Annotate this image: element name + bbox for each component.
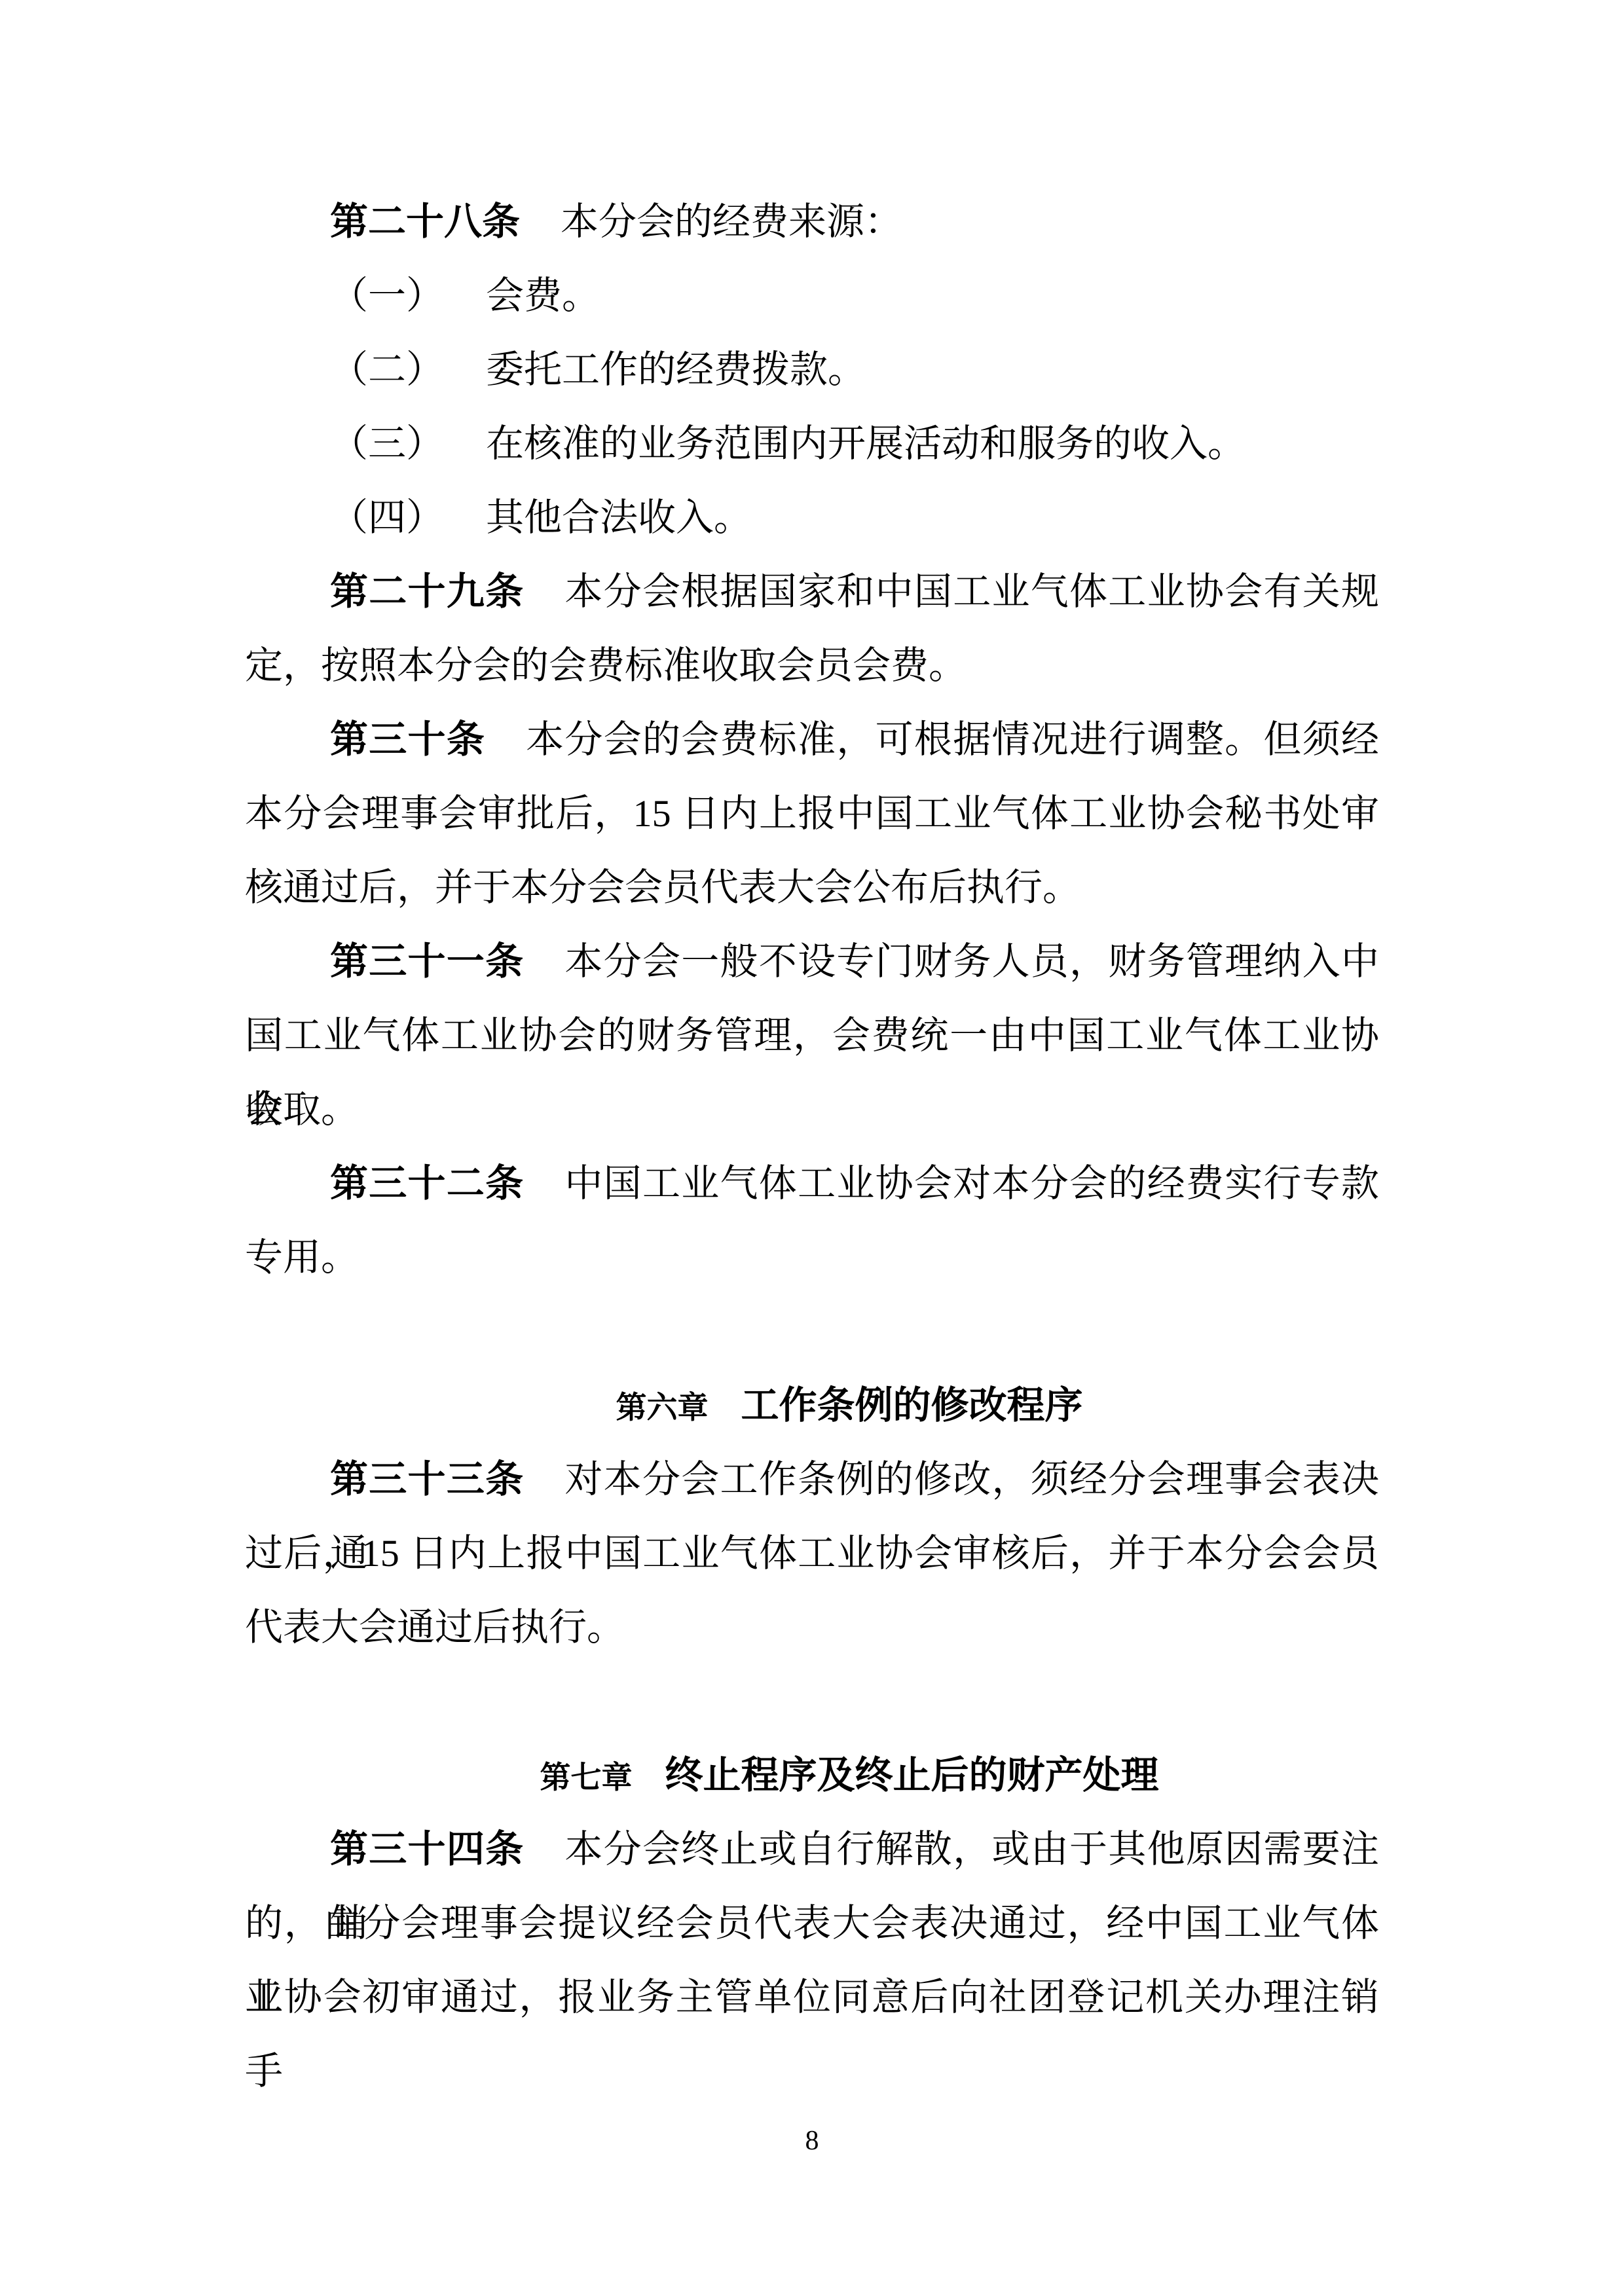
doc-line: 第三十四条本分会终止或自行解散，或由于其他原因需要注销 — [245, 1812, 1379, 1886]
doc-line: 定，按照本分会的会费标准收取会员会费。 — [245, 629, 1379, 702]
line-text: 本分会理事会审批后，15 日内上报中国工业气体工业协会秘书处审 — [245, 792, 1379, 835]
line-text: 会费。 — [486, 274, 600, 317]
line-text: 本分会的经费来源： — [561, 200, 902, 243]
page-number: 8 — [0, 2121, 1624, 2160]
article-number: 第二十九条 — [330, 570, 524, 613]
line-text: 中国工业气体工业协会对本分会的经费实行专款 — [564, 1162, 1379, 1205]
chapter-title: 工作条例的修改程序 — [741, 1384, 1082, 1427]
chapter-title: 终止程序及终止后的财产处理 — [665, 1754, 1158, 1796]
blank-line — [245, 1294, 1379, 1368]
blank-line — [245, 1664, 1379, 1738]
line-text: 核通过后，并于本分会会员代表大会公布后执行。 — [245, 866, 1080, 909]
doc-line: 专用。 — [245, 1220, 1379, 1294]
chapter-heading: 第七章终止程序及终止后的财产处理 — [245, 1738, 1379, 1812]
article-number: 第三十一条 — [330, 940, 524, 983]
article-number: 第二十八条 — [330, 200, 520, 243]
chapter-number: 第六章 — [616, 1391, 708, 1425]
line-text: 业协会初审通过，报业务主管单位同意后向社团登记机关办理注销手 — [245, 1976, 1379, 2092]
doc-line: 第三十一条本分会一般不设专门财务人员，财务管理纳入中 — [245, 924, 1379, 998]
item-number: （四） — [330, 496, 444, 539]
line-text: 专用。 — [245, 1236, 359, 1279]
line-text: 本分会一般不设专门财务人员，财务管理纳入中 — [564, 940, 1379, 983]
line-text: 过后，15 日内上报中国工业气体工业协会审核后，并于本分会会员 — [245, 1532, 1379, 1575]
doc-line: 的，由分会理事会提议经会员代表大会表决通过，经中国工业气体工 — [245, 1886, 1379, 1960]
line-text: 在核准的业务范围内开展活动和服务的收入。 — [486, 422, 1246, 465]
doc-line: 收取。 — [245, 1072, 1379, 1146]
doc-line: 第三十三条对本分会工作条例的修改，须经分会理事会表决通 — [245, 1442, 1379, 1516]
doc-line: 第三十条本分会的会费标准，可根据情况进行调整。但须经 — [245, 702, 1379, 776]
doc-line: 过后，15 日内上报中国工业气体工业协会审核后，并于本分会会员 — [245, 1516, 1379, 1590]
article-number: 第三十条 — [330, 718, 485, 761]
doc-line: 业协会初审通过，报业务主管单位同意后向社团登记机关办理注销手 — [245, 1960, 1379, 2034]
doc-line: 第三十二条中国工业气体工业协会对本分会的经费实行专款 — [245, 1146, 1379, 1220]
doc-line: （四）其他合法收入。 — [245, 481, 1379, 555]
item-number: （一） — [330, 274, 444, 317]
line-text: 本分会的会费标准，可根据情况进行调整。但须经 — [526, 718, 1379, 761]
doc-line: 本分会理事会审批后，15 日内上报中国工业气体工业协会秘书处审 — [245, 776, 1379, 850]
doc-line: 国工业气体工业协会的财务管理，会费统一由中国工业气体工业协会 — [245, 998, 1379, 1072]
article-number: 第三十三条 — [330, 1458, 524, 1501]
article-number: 第三十二条 — [330, 1162, 524, 1205]
item-number: （二） — [330, 348, 444, 391]
article-number: 第三十四条 — [330, 1828, 524, 1870]
line-text: 收取。 — [245, 1088, 359, 1131]
chapter-number: 第七章 — [540, 1761, 632, 1795]
doc-line: 第二十九条本分会根据国家和中国工业气体工业协会有关规 — [245, 555, 1379, 629]
doc-line: 核通过后，并于本分会会员代表大会公布后执行。 — [245, 850, 1379, 924]
doc-line: 第二十八条本分会的经费来源： — [245, 185, 1379, 259]
doc-line: （二）委托工作的经费拨款。 — [245, 333, 1379, 407]
item-number: （三） — [330, 422, 444, 465]
line-text: 其他合法收入。 — [486, 496, 752, 539]
doc-line: （三）在核准的业务范围内开展活动和服务的收入。 — [245, 407, 1379, 481]
doc-line: 代表大会通过后执行。 — [245, 1590, 1379, 1664]
line-text: 定，按照本分会的会费标准收取会员会费。 — [245, 644, 967, 687]
text-block: 第二十八条本分会的经费来源：（一）会费。（二）委托工作的经费拨款。（三）在核准的… — [245, 185, 1379, 2034]
doc-line: （一）会费。 — [245, 259, 1379, 333]
line-text: 委托工作的经费拨款。 — [486, 348, 866, 391]
line-text: 代表大会通过后执行。 — [245, 1606, 625, 1649]
line-text: 本分会根据国家和中国工业气体工业协会有关规 — [564, 570, 1379, 613]
document-page: 第二十八条本分会的经费来源：（一）会费。（二）委托工作的经费拨款。（三）在核准的… — [0, 0, 1624, 2296]
chapter-heading: 第六章工作条例的修改程序 — [245, 1368, 1379, 1442]
